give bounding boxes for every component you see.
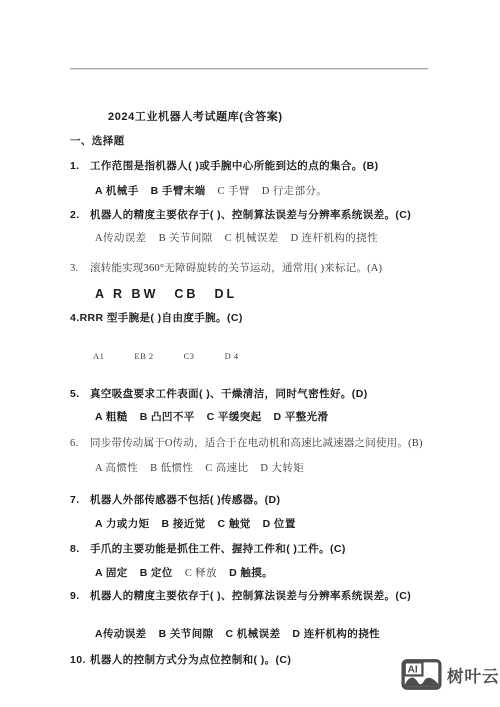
option-a: A 高惯性 xyxy=(95,463,138,474)
question-4: 4.RRR 型手腕是( )自由度手腕。(C) xyxy=(70,312,243,324)
question-1-text: 工作范围是指机器人( )或手腕中心所能到达的点的集合。(B) xyxy=(90,160,379,172)
option-a: A 机械手 xyxy=(95,185,139,197)
option-b: B 关节间隙 xyxy=(159,628,214,640)
question-8-text: 手爪的主要功能是抓住工件、握持工件和( )工件。(C) xyxy=(90,543,346,555)
watermark-brand-text: 树叶云 xyxy=(447,663,500,687)
option-a: A 固定 xyxy=(95,567,128,579)
option-c: C3 xyxy=(184,351,195,361)
option-c: C 手臂 xyxy=(218,186,250,197)
option-b: B 关节间隙 xyxy=(159,233,213,244)
option-d: D 大转矩 xyxy=(260,463,304,474)
top-divider-line xyxy=(70,68,428,69)
option-b: CB xyxy=(174,287,198,301)
question-5-number: 5. xyxy=(70,388,90,400)
question-5: 5.真空吸盘要求工件表面( )、干燥清洁，同时气密性好。(D) xyxy=(70,388,368,400)
option-d: D 连杆机构的挠性 xyxy=(292,628,380,640)
option-a: A传动误差 xyxy=(95,233,147,244)
option-a: A传动误差 xyxy=(95,628,147,640)
question-9: 9.机器人的精度主要依存于( )、控制算法误差与分辨率系统误差。(C) xyxy=(70,590,411,602)
option-b: B 手臂末端 xyxy=(151,185,206,197)
question-3-number: 3. xyxy=(70,263,90,275)
question-2-number: 2. xyxy=(70,209,90,221)
option-b: EB 2 xyxy=(134,351,153,361)
question-6-options: A 高惯性B 低惯性C 高速比D 大转矩 xyxy=(95,462,316,475)
question-10: 10.机器人的控制方式分为点位控制和( )。(C) xyxy=(70,654,291,666)
option-c: C 高速比 xyxy=(205,463,248,474)
option-d: D 4 xyxy=(225,351,239,361)
document-title: 2024工业机器人考试题库(含答案) xyxy=(108,111,283,123)
option-a: A1 xyxy=(93,351,104,361)
question-3-text: 滚转能实现360°无障碍旋转的关节运动，通常用( )来标记。(A) xyxy=(90,263,382,274)
option-a: A R BW xyxy=(95,287,158,301)
option-b: B 接近觉 xyxy=(162,518,206,530)
question-1-number: 1. xyxy=(70,160,90,172)
question-7: 7.机器人外部传感器不包括( )传感器。(D) xyxy=(70,494,280,506)
question-2: 2.机器人的精度主要依存于( )、控制算法误差与分辨率系统误差。(C) xyxy=(70,209,411,221)
question-8-options: A 固定B 定位C 释放D 触摸。 xyxy=(95,567,285,580)
option-b: B 凸凹不平 xyxy=(140,411,195,423)
option-a: A 力或力矩 xyxy=(95,518,150,530)
question-5-options: A 粗糙B 凸凹不平C 平缓突起D 平整光滑 xyxy=(95,411,340,423)
option-c: DL xyxy=(214,287,237,301)
option-d: D 行走部分。 xyxy=(262,186,328,197)
option-b: B 定位 xyxy=(140,567,173,579)
option-d: D 触摸。 xyxy=(229,567,273,579)
question-8-number: 8. xyxy=(70,543,90,555)
question-4-number: 4. xyxy=(70,312,80,324)
question-3: 3.滚转能实现360°无障碍旋转的关节运动，通常用( )来标记。(A) xyxy=(70,263,382,275)
question-6: 6.同步带传动属于O传动，适合于在电动机和高速比减速器之间使用。(B) xyxy=(70,438,423,450)
question-4-text: RRR 型手腕是( )自由度手腕。(C) xyxy=(80,312,243,324)
option-d: D 连杆机构的挠性 xyxy=(291,233,378,244)
question-9-text: 机器人的精度主要依存于( )、控制算法误差与分辨率系统误差。(C) xyxy=(90,590,411,602)
logo-ai-text: AI xyxy=(408,665,418,676)
ai-image-logo-icon: AI xyxy=(401,658,442,691)
option-d: D 平整光滑 xyxy=(274,411,329,423)
question-4-options: A1EB 2C3D 4 xyxy=(93,350,269,362)
option-c: C 触觉 xyxy=(218,518,251,530)
watermark: AI 树叶云 xyxy=(401,658,500,691)
question-2-text: 机器人的精度主要依存于( )、控制算法误差与分辨率系统误差。(C) xyxy=(90,209,411,221)
question-7-number: 7. xyxy=(70,494,90,506)
option-c: C 释放 xyxy=(185,568,217,579)
question-10-number: 10. xyxy=(70,654,90,666)
document-page: 2024工业机器人考试题库(含答案) 一、选择题 1.工作范围是指机器人( )或… xyxy=(0,0,500,707)
question-1: 1.工作范围是指机器人( )或手腕中心所能到达的点的集合。(B) xyxy=(70,160,379,172)
question-9-number: 9. xyxy=(70,590,90,602)
section-heading: 一、选择题 xyxy=(70,135,125,147)
option-d: D 位置 xyxy=(263,518,296,530)
question-8: 8.手爪的主要功能是抓住工件、握持工件和( )工件。(C) xyxy=(70,543,346,555)
question-3-options: A R BWCBDL xyxy=(95,288,253,300)
option-c: C 机械误差 xyxy=(225,233,279,244)
question-1-options: A 机械手B 手臂末端C 手臂D 行走部分。 xyxy=(95,185,339,198)
question-2-options: A传动误差B 关节间隙C 机械误差D 连杆机构的挠性 xyxy=(95,232,390,245)
question-7-text: 机器人外部传感器不包括( )传感器。(D) xyxy=(90,494,280,506)
question-10-text: 机器人的控制方式分为点位控制和( )。(C) xyxy=(90,654,291,666)
option-c: C 平缓突起 xyxy=(207,411,262,423)
option-b: B 低惯性 xyxy=(150,463,193,474)
question-9-options: A传动误差B 关节间隙C 机械误差D 连杆机构的挠性 xyxy=(95,628,392,640)
question-6-number: 6. xyxy=(70,438,90,450)
option-a: A 粗糙 xyxy=(95,411,128,423)
question-5-text: 真空吸盘要求工件表面( )、干燥清洁，同时气密性好。(D) xyxy=(90,388,368,400)
question-7-options: A 力或力矩B 接近觉C 触觉D 位置 xyxy=(95,518,308,530)
question-6-text: 同步带传动属于O传动，适合于在电动机和高速比减速器之间使用。(B) xyxy=(90,438,423,449)
option-c: C 机械误差 xyxy=(226,628,281,640)
